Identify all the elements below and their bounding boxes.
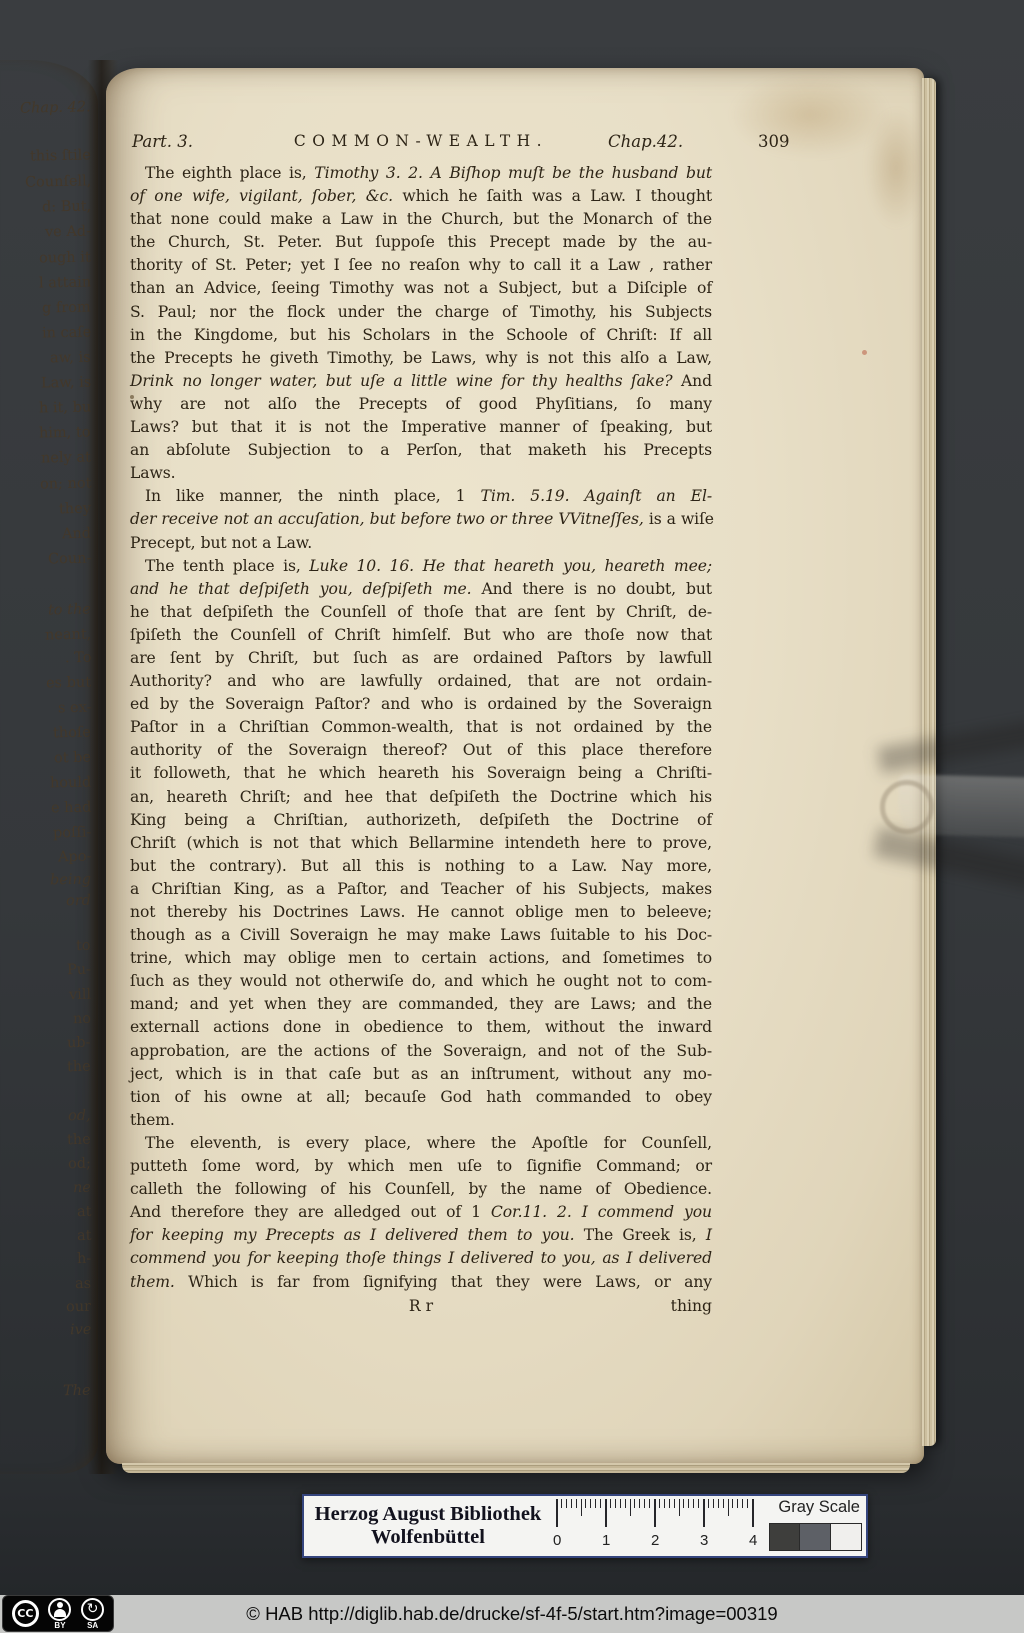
spine-fragment: The — [63, 1383, 91, 1400]
ruler-number: 3 — [700, 1532, 708, 1549]
text-line: the Church, St. Peter. But ſuppoſe this … — [130, 231, 712, 254]
gray-scale-swatch — [769, 1523, 800, 1551]
text-line: than an Advice, ſeeing Timothy was not a… — [130, 277, 712, 300]
text-line: commend you for keeping thoſe things I d… — [130, 1247, 712, 1270]
text-line: but the contrary). But all this is nothi… — [130, 855, 712, 878]
text-line: King being a Chriſtian, authorizeth, deſ… — [130, 809, 712, 832]
spine-fragment: Counſell, — [24, 173, 91, 190]
page-stack-edge-bottom — [122, 1463, 910, 1473]
text-line: calleth the following of his Counſell, b… — [130, 1178, 712, 1201]
institution-line2: Wolfenbüttel — [371, 1526, 485, 1549]
spine-fragment: thoſe — [53, 725, 91, 742]
ruler-tick — [634, 1499, 635, 1508]
spine-fragment: Coun- — [47, 551, 91, 568]
header-title: COMMON-WEALTH. — [294, 132, 548, 150]
signature-mark: R r — [409, 1297, 433, 1315]
text-line: it followeth, that he which heareth his … — [130, 762, 712, 785]
ruler-tick — [581, 1499, 582, 1516]
text-line: S. Paul; nor the flock under the charge … — [130, 301, 712, 324]
book-page: Part. 3. COMMON-WEALTH. Chap.42. 309 The… — [106, 68, 924, 1464]
text-line: authority of the Soveraign thereof? Out … — [130, 739, 712, 762]
text-line: a Chriſtian King, as a Paſtor, and Teach… — [130, 878, 712, 901]
cc-license-badge: CC BY ↻ SA — [2, 1595, 114, 1632]
text-line: The eleventh, is every place, where the … — [130, 1132, 712, 1155]
ruler-tick — [718, 1499, 719, 1508]
header-chapter: Chap.42. — [608, 132, 683, 151]
text-line: and he that deſpiſeth you, deſpiſeth me.… — [130, 578, 712, 601]
spine-fragment: on; not — [39, 475, 91, 492]
ruler-number: 1 — [602, 1532, 610, 1549]
text-line: Paſtor in a Chriſtian Common-wealth, tha… — [130, 716, 712, 739]
text-line: In like manner, the ninth place, 1 Tim. … — [130, 485, 712, 508]
text-line: them. — [130, 1109, 712, 1132]
header-part: Part. 3. — [132, 132, 193, 151]
text-line: The eighth place is, Timothy 3. 2. A Biſ… — [130, 162, 712, 185]
ruler-tick — [679, 1499, 680, 1516]
text-line: why are not alſo the Precepts of good Ph… — [130, 393, 712, 416]
ruler-tick — [742, 1499, 743, 1508]
spine-fragment: nely at — [41, 449, 91, 466]
spine-fragment: aw, is — [50, 350, 91, 367]
catchword: thing — [671, 1297, 712, 1315]
page-number: 309 — [758, 132, 790, 151]
spine-fragment: to the — [48, 602, 91, 619]
ruler-tick — [703, 1499, 705, 1527]
page-stain — [866, 108, 926, 228]
ruler-tick — [644, 1499, 645, 1508]
spine-fragment: hould — [50, 775, 92, 792]
spine-fragment: ve Ad- — [45, 224, 91, 241]
ruler-tick — [625, 1499, 626, 1508]
institution-line1: Herzog August Bibliothek — [315, 1503, 542, 1526]
spine-fragment: neant, — [44, 627, 91, 644]
ruler-tick — [683, 1499, 684, 1508]
text-line: der receive not an accuſation, but befor… — [130, 508, 712, 531]
ruler-tick — [752, 1499, 754, 1527]
ruler-tick — [576, 1499, 577, 1508]
institution-name: Herzog August Bibliothek Wolfenbüttel — [304, 1496, 552, 1556]
text-line: that none could make a Law in the Church… — [130, 208, 712, 231]
ruler-tick — [747, 1499, 748, 1508]
text-line: are ſent by Chriſt, but ſuch as are orda… — [130, 647, 712, 670]
ruler-tick — [688, 1499, 689, 1508]
text-line: putteth ſome word, by which men uſe to ſ… — [130, 1155, 712, 1178]
ruler-tick — [693, 1499, 694, 1508]
sa-label: SA — [87, 1621, 98, 1630]
page-stack-edge-right — [922, 78, 936, 1446]
text-line: approbation, are the actions of the Sove… — [130, 1040, 712, 1063]
text-line: ed by the Soveraign Paſtor? and who is o… — [130, 693, 712, 716]
spine-fragment: being — [50, 872, 91, 889]
gray-scale-label: Gray Scale — [778, 1498, 860, 1517]
spine-fragment: in caſe — [42, 324, 92, 341]
spine-fragment: they — [59, 501, 91, 518]
spine-fragment: es but — [46, 675, 91, 692]
text-line: in the Kingdome, but his Scholars in the… — [130, 324, 712, 347]
ruler-tick — [698, 1499, 699, 1508]
spine-fragment: g from — [42, 299, 91, 316]
text-line: for keeping my Precepts as I delivered t… — [130, 1224, 712, 1247]
spine-fragment: Apo- — [57, 849, 91, 866]
text-line: not thereby his Doctrines Laws. He canno… — [130, 901, 712, 924]
ruler-tick — [654, 1499, 656, 1527]
text-line: mand; and yet when they are commanded, t… — [130, 993, 712, 1016]
paragraph: The tenth place is, Luke 10. 16. He that… — [130, 555, 712, 1132]
ruler-tick — [620, 1499, 621, 1508]
by-column: BY — [48, 1598, 71, 1630]
spine-fragment: Chap. 42. — [20, 99, 91, 116]
ruler-tick — [723, 1499, 724, 1508]
text-line: Laws. — [130, 462, 712, 485]
text-line: Authority? and who are lawfully ordained… — [130, 670, 712, 693]
paragraph: In like manner, the ninth place, 1 Tim. … — [130, 485, 712, 554]
ruler-tick — [571, 1499, 572, 1508]
ruler-number: 4 — [749, 1532, 757, 1549]
ruler-tick — [595, 1499, 596, 1508]
printed-area: Part. 3. COMMON-WEALTH. Chap.42. 309 The… — [130, 68, 712, 1464]
ruler-tick — [566, 1499, 567, 1508]
spine-fragment: poſſi- — [53, 825, 92, 842]
gray-scale: Gray Scale — [760, 1496, 866, 1556]
text-line: he that deſpiſeth the Counſell of thoſe … — [130, 601, 712, 624]
paragraph: The eleventh, is every place, where the … — [130, 1132, 712, 1294]
ruler-tick — [605, 1499, 607, 1527]
text-line: an abſolute Subjection to a Perſon, that… — [130, 439, 712, 462]
ruler-tick — [590, 1499, 591, 1508]
spine-fragment: h it, bu — [39, 399, 92, 416]
ruler-tick — [713, 1499, 714, 1508]
text-line: Drink no longer water, but uſe a little … — [130, 370, 712, 393]
text-line: though as a Civill Soveraign he may make… — [130, 924, 712, 947]
text-line: The tenth place is, Luke 10. 16. He that… — [130, 555, 712, 578]
spine-fragment: s ex- — [57, 700, 91, 717]
spine-fragment: And — [62, 526, 91, 543]
text-line: externall actions done in obedience to t… — [130, 1016, 712, 1039]
text-line: Chriſt (which is not that which Bellarmi… — [130, 832, 712, 855]
text-line: thority of St. Peter; yet I ſee no reaſo… — [130, 254, 712, 277]
signature-row: R r thing — [130, 1297, 712, 1321]
spine-fragment: d: But, — [42, 198, 92, 215]
text-line: ſpiſeth the Counſell of Chriſt himſelf. … — [130, 624, 712, 647]
spine-fragment: l attain — [39, 274, 91, 291]
credit-line: © HAB http://diglib.hab.de/drucke/sf-4f-… — [0, 1595, 1024, 1633]
ruler-tick — [600, 1499, 601, 1508]
ruler-tick — [561, 1499, 562, 1508]
ruler-number: 0 — [553, 1532, 561, 1549]
gray-scale-swatches — [769, 1523, 862, 1551]
footer-bar: © HAB http://diglib.hab.de/drucke/sf-4f-… — [0, 1595, 1024, 1633]
scanned-book-photo: Chap. 42.this ſtileCounſell,d: But,ve Ad… — [0, 0, 1024, 1633]
ruler-tick — [639, 1499, 640, 1508]
ruler-tick — [556, 1499, 558, 1527]
text-line: them. Which is far from ſignifying that … — [130, 1271, 712, 1294]
text-line: trine, which may oblige men to certain a… — [130, 947, 712, 970]
spine-fragment: him, to — [39, 424, 91, 441]
spine-fragment: Law, is — [41, 374, 92, 391]
ruler-tick — [615, 1499, 616, 1508]
text-line: Precept, but not a Law. — [130, 532, 712, 555]
by-person-icon — [48, 1598, 71, 1621]
ruler-tick — [659, 1499, 660, 1508]
body-text: The eighth place is, Timothy 3. 2. A Biſ… — [130, 162, 712, 1321]
by-label: BY — [54, 1621, 65, 1630]
ruler-tick — [630, 1499, 631, 1516]
ruler-tick — [664, 1499, 665, 1508]
gray-scale-swatch — [831, 1523, 862, 1551]
ruler-tick — [728, 1499, 729, 1516]
ruler-tick — [585, 1499, 586, 1508]
ruler-tick — [669, 1499, 670, 1508]
text-line: Laws? but that it is not the Imperative … — [130, 416, 712, 439]
ruler-tick — [610, 1499, 611, 1508]
paragraph: The eighth place is, Timothy 3. 2. A Biſ… — [130, 162, 712, 485]
text-line: the Precepts he giveth Timothy, be Laws,… — [130, 347, 712, 370]
gray-scale-swatch — [800, 1523, 831, 1551]
spine-fragment: e had — [50, 800, 91, 817]
spine-fragment: ough it — [39, 249, 91, 266]
ruler-tick — [649, 1499, 650, 1508]
sa-arrow-icon: ↻ — [81, 1598, 104, 1621]
text-line: of one wife, vigilant, ſober, &c. which … — [130, 185, 712, 208]
spine-previous-page: Chap. 42.this ſtileCounſell,d: But,ve Ad… — [0, 60, 98, 1474]
spine-fragment: ot be — [54, 750, 91, 767]
ruler-tick — [674, 1499, 675, 1508]
ruler-tick — [708, 1499, 709, 1508]
page-stain — [730, 72, 890, 158]
calibration-card: Herzog August Bibliothek Wolfenbüttel 01… — [302, 1494, 868, 1558]
text-line: ſuch as they would not otherwiſe do, and… — [130, 970, 712, 993]
ruler-tick — [732, 1499, 733, 1508]
ruler-number: 2 — [651, 1532, 659, 1549]
cc-icon: CC — [12, 1600, 39, 1627]
text-line: ject, which is in that caſe but as an in… — [130, 1063, 712, 1086]
spine-fragment: this ſtile — [30, 147, 91, 164]
ruler-tick — [737, 1499, 738, 1508]
page-header: Part. 3. COMMON-WEALTH. Chap.42. 309 — [130, 132, 712, 158]
calibration-ruler: 01234 — [552, 1499, 760, 1556]
text-line: tion of his owne at all; becauſe God hat… — [130, 1086, 712, 1109]
text-line: And therefore they are alledged out of 1… — [130, 1201, 712, 1224]
page-speck — [862, 350, 867, 355]
sa-column: ↻ SA — [81, 1598, 104, 1630]
text-line: an, heareth Chriſt; and hee that deſpiſe… — [130, 786, 712, 809]
